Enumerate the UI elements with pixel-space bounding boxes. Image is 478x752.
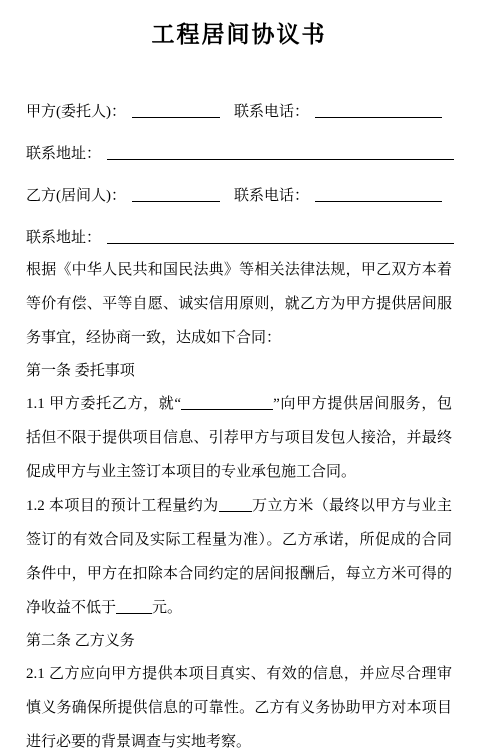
- clause-1-2-text-1: 1.2 本项目的预计工程量约为: [26, 498, 219, 514]
- party-a-address-row: 联系地址：: [26, 144, 452, 186]
- parties-section: 甲方(委托人)：联系电话： 联系地址： 乙方(居间人)：联系电话： 联系地址：: [26, 102, 452, 244]
- party-b-name-blank: [132, 186, 220, 202]
- party-b-address-label: 联系地址：: [26, 230, 101, 246]
- clause-1-2-paragraph: 1.2 本项目的预计工程量约为万立方米（最终以甲方与业主签订的有效合同及实际工程…: [26, 489, 452, 625]
- party-b-row: 乙方(居间人)：联系电话：: [26, 186, 452, 228]
- party-b-address-row: 联系地址：: [26, 228, 452, 244]
- party-a-label: 甲方(委托人)：: [26, 104, 126, 120]
- preamble-paragraph: 根据《中华人民共和国民法典》等相关法律法规，甲乙双方本着等价有偿、平等自愿、诚实…: [26, 253, 452, 355]
- document-title: 工程居间协议书: [26, 0, 452, 48]
- party-a-row: 甲方(委托人)：联系电话：: [26, 102, 452, 144]
- clause-1-2-price-blank: [116, 598, 152, 614]
- clause-1-2-quantity-blank: [219, 496, 252, 512]
- clause-1-2-text-2: 万立方米（最终以甲方与业主签订的有效合同及实际工程量为准）。乙方承诺，所促成的合…: [26, 498, 452, 616]
- party-b-phone-label: 联系电话：: [234, 188, 309, 204]
- party-a-address-blank: [107, 144, 454, 160]
- clause-1-1-paragraph: 1.1 甲方委托乙方，就“”向甲方提供居间服务，包括但不限于提供项目信息、引荐甲…: [26, 387, 452, 489]
- party-a-name-blank: [132, 102, 220, 118]
- section-1-heading: 第一条 委托事项: [26, 355, 452, 387]
- party-a-phone-label: 联系电话：: [234, 104, 309, 120]
- section-2-heading: 第二条 乙方义务: [26, 625, 452, 657]
- party-b-address-blank: [107, 228, 454, 244]
- clause-1-2-text-3: 元。: [152, 600, 182, 616]
- party-b-label: 乙方(居间人)：: [26, 188, 126, 204]
- clause-2-1-paragraph: 2.1 乙方应向甲方提供本项目真实、有效的信息，并应尽合理审慎义务确保所提供信息…: [26, 657, 452, 752]
- contract-document-page: 工程居间协议书 甲方(委托人)：联系电话： 联系地址： 乙方(居间人)：联系电话…: [0, 0, 478, 752]
- clause-1-1-project-blank: [181, 394, 273, 410]
- party-a-address-label: 联系地址：: [26, 146, 101, 162]
- clause-1-1-text-pre: 1.1 甲方委托乙方，就“: [26, 396, 181, 412]
- party-b-phone-blank: [315, 186, 442, 202]
- party-a-phone-blank: [315, 102, 442, 118]
